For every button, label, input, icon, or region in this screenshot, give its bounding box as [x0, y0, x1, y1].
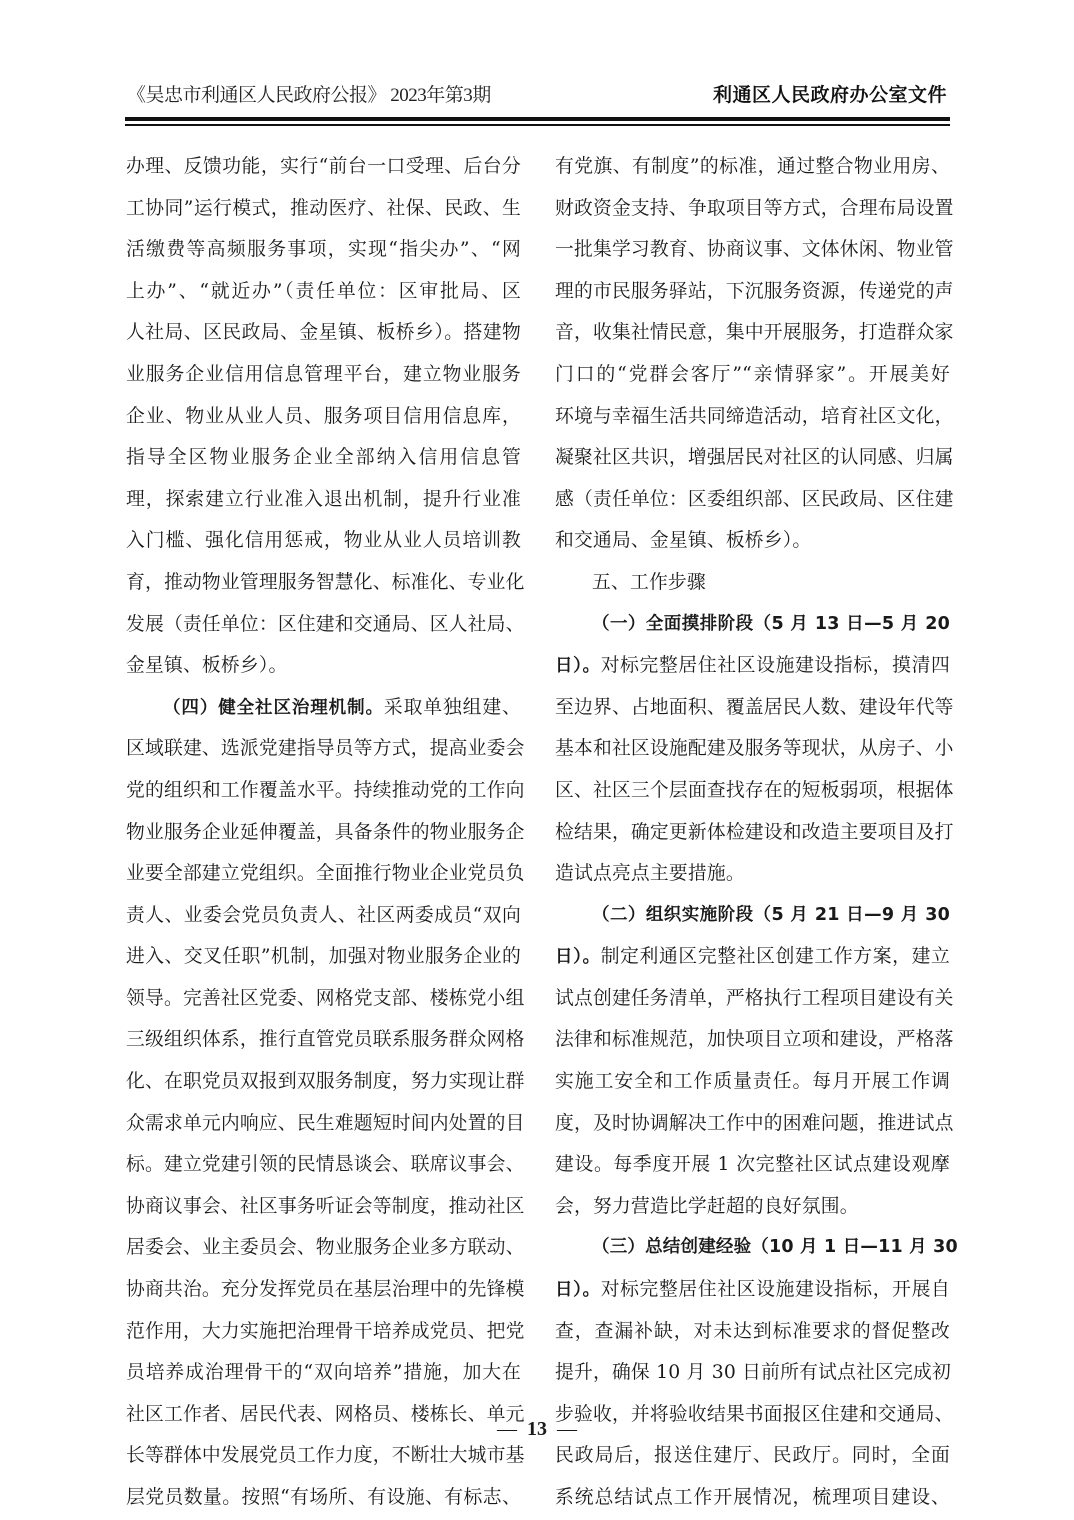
header-rule-thick	[125, 117, 950, 121]
text-line: 指导全区物业服务企业全部纳入信用信息管	[126, 437, 521, 479]
text-line: 层党员数量。按照“有场所、有设施、有标志、	[126, 1477, 521, 1519]
text-line: 音，收集社情民意，集中开展服务，打造群众家	[555, 312, 950, 354]
text-fragment: 对标完整居住社区设施建设指标，摸清四	[601, 655, 950, 676]
page-footer: —13—	[0, 1418, 1074, 1441]
text-fragment: 对标完整居住社区设施建设指标，开展自	[601, 1279, 950, 1300]
step-3-heading-end: 日）。	[555, 1280, 601, 1300]
text-line: 众需求单元内响应、民生难题短时间内处置的目	[126, 1103, 521, 1145]
section-4-heading-line: （四）健全社区治理机制。采取单独组建、	[126, 687, 521, 729]
text-line: 会，努力营造比学赶超的良好氛围。	[555, 1186, 950, 1228]
text-line: 检结果，确定更新体检建设和改造主要项目及打	[555, 812, 950, 854]
step-1-heading: （一）全面摸排阶段（5 月 13 日—5 月 20	[555, 604, 950, 646]
text-line: 协商议事会、社区事务听证会等制度，推动社区	[126, 1186, 521, 1228]
text-line: 度，及时协调解决工作中的困难问题，推进试点	[555, 1103, 950, 1145]
text-line: 提升，确保 10 月 30 日前所有试点社区完成初	[555, 1352, 950, 1394]
text-line: 工协同”运行模式，推动医疗、社保、民政、生	[126, 188, 521, 230]
text-line: 至边界、占地面积、覆盖居民人数、建设年代等	[555, 687, 950, 729]
text-line: 育，推动物业管理服务智慧化、标准化、专业化	[126, 562, 521, 604]
text-line: 金星镇、板桥乡）。	[126, 645, 521, 687]
text-line: 查，查漏补缺，对未达到标准要求的督促整改	[555, 1311, 950, 1353]
text-line: 财政资金支持、争取项目等方式，合理布局设置	[555, 188, 950, 230]
text-line: 化、在职党员双报到双服务制度，努力实现让群	[126, 1061, 521, 1103]
text-line: 基本和社区设施配建及服务等现状，从房子、小	[555, 728, 950, 770]
page-number: 13	[527, 1418, 547, 1440]
left-column: 办理、反馈功能，实行“前台一口受理、后台分 工协同”运行模式，推动医疗、社保、民…	[126, 146, 521, 1519]
text-line: 试点创建任务清单，严格执行工程项目建设有关	[555, 978, 950, 1020]
text-line: 民政局后，报送住建厅、民政厅。同时，全面	[555, 1435, 950, 1477]
step-2-heading-line-2: 日）。制定利通区完整社区创建工作方案，建立	[555, 936, 950, 978]
section-title: 利通区人民政府办公室文件	[713, 80, 947, 107]
text-line: 党的组织和工作覆盖水平。持续推动党的工作向	[126, 770, 521, 812]
text-line: 理的市民服务驿站，下沉服务资源，传递党的声	[555, 271, 950, 313]
text-fragment: 制定利通区完整社区创建工作方案，建立	[601, 946, 950, 967]
text-line: 范作用，大力实施把治理骨干培养成党员、把党	[126, 1311, 521, 1353]
section-4-heading: （四）健全社区治理机制。	[163, 698, 384, 718]
text-line: 系统总结试点工作开展情况，梳理项目建设、	[555, 1477, 950, 1519]
text-line: 有党旗、有制度”的标准，通过整合物业用房、	[555, 146, 950, 188]
text-line: 环境与幸福生活共同缔造活动，培育社区文化，	[555, 396, 950, 438]
text-line: 活缴费等高频服务事项，实现“指尖办”、“网	[126, 229, 521, 271]
step-3-heading: （三）总结创建经验（10 月 1 日—11 月 30	[555, 1227, 950, 1269]
text-fragment: 采取单独组建、	[384, 697, 521, 718]
text-line: 区域联建、选派党建指导员等方式，提高业委会	[126, 728, 521, 770]
text-line: 标。建立党建引领的民情恳谈会、联席议事会、	[126, 1144, 521, 1186]
text-line: 责人、业委会党员负责人、社区两委成员“双向	[126, 895, 521, 937]
text-line: 企业、物业从业人员、服务项目信用信息库，	[126, 396, 521, 438]
text-line: 业服务企业信用信息管理平台，建立物业服务	[126, 354, 521, 396]
text-line: 业要全部建立党组织。全面推行物业企业党员负	[126, 853, 521, 895]
right-column: 有党旗、有制度”的标准，通过整合物业用房、 财政资金支持、争取项目等方式，合理布…	[555, 146, 950, 1519]
footer-dash-left: —	[497, 1418, 517, 1440]
text-line: 发展（责任单位：区住建和交通局、区人社局、	[126, 604, 521, 646]
text-line: 人社局、区民政局、金星镇、板桥乡）。搭建物	[126, 312, 521, 354]
header-rule-thin	[125, 124, 950, 126]
text-line: 感（责任单位：区委组织部、区民政局、区住建	[555, 479, 950, 521]
text-line: 长等群体中发展党员工作力度，不断壮大城市基	[126, 1435, 521, 1477]
text-line: 门口的“党群会客厅”“亲情驿家”。开展美好	[555, 354, 950, 396]
footer-dash-right: —	[557, 1418, 577, 1440]
text-line: 办理、反馈功能，实行“前台一口受理、后台分	[126, 146, 521, 188]
text-line: 入门槛、强化信用惩戒，物业从业人员培训教	[126, 520, 521, 562]
text-line: 三级组织体系，推行直管党员联系服务群众网格	[126, 1019, 521, 1061]
step-1-heading-end: 日）。	[555, 656, 601, 676]
step-3-heading-line-2: 日）。对标完整居住社区设施建设指标，开展自	[555, 1269, 950, 1311]
step-1-heading-line-2: 日）。对标完整居住社区设施建设指标，摸清四	[555, 645, 950, 687]
text-line: 和交通局、金星镇、板桥乡）。	[555, 520, 950, 562]
running-header: 《吴忠市利通区人民政府公报》 2023年第3期 利通区人民政府办公室文件	[127, 76, 947, 106]
step-2-heading: （二）组织实施阶段（5 月 21 日—9 月 30	[555, 895, 950, 937]
step-2-heading-end: 日）。	[555, 947, 601, 967]
chapter-5-heading: 五、工作步骤	[555, 562, 950, 604]
text-line: 进入、交叉任职”机制，加强对物业服务企业的	[126, 936, 521, 978]
text-line: 实施工安全和工作质量责任。每月开展工作调	[555, 1061, 950, 1103]
text-line: 上办”、“就近办”（责任单位：区审批局、区	[126, 271, 521, 313]
text-line: 建设。每季度开展 1 次完整社区试点建设观摩	[555, 1144, 950, 1186]
text-line: 一批集学习教育、协商议事、文体休闲、物业管	[555, 229, 950, 271]
text-line: 领导。完善社区党委、网格党支部、楼栋党小组	[126, 978, 521, 1020]
text-line: 造试点亮点主要措施。	[555, 853, 950, 895]
text-line: 理，探索建立行业准入退出机制，提升行业准	[126, 479, 521, 521]
text-line: 居委会、业主委员会、物业服务企业多方联动、	[126, 1227, 521, 1269]
text-line: 区、社区三个层面查找存在的短板弱项，根据体	[555, 770, 950, 812]
text-line: 员培养成治理骨干的“双向培养”措施，加大在	[126, 1352, 521, 1394]
text-line: 凝聚社区共识，增强居民对社区的认同感、归属	[555, 437, 950, 479]
text-line: 法律和标准规范，加快项目立项和建设，严格落	[555, 1019, 950, 1061]
text-line: 协商共治。充分发挥党员在基层治理中的先锋模	[126, 1269, 521, 1311]
text-line: 物业服务企业延伸覆盖，具备条件的物业服务企	[126, 812, 521, 854]
publication-title: 《吴忠市利通区人民政府公报》 2023年第3期	[127, 80, 491, 107]
